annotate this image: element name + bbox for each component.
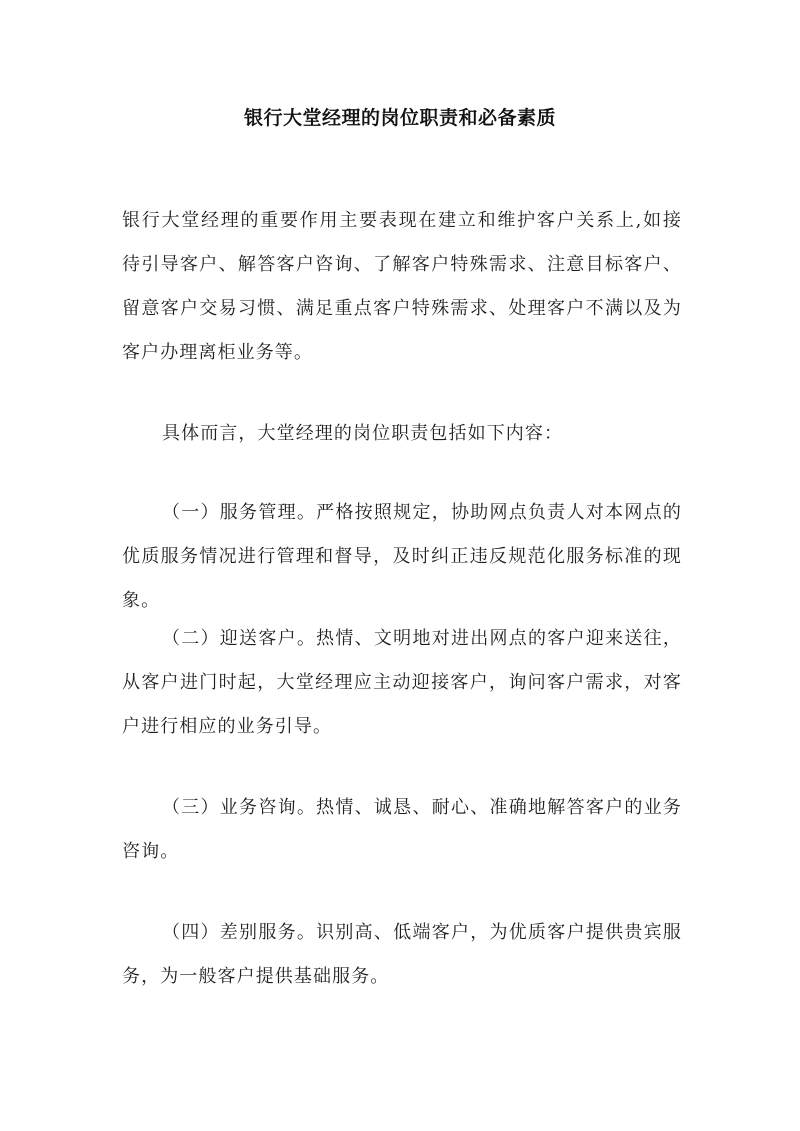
document-title: 银行大堂经理的岗位职责和必备素质 (0, 104, 800, 132)
paragraph-duty-differentiated-service: （四）差别服务。识别高、低端客户，为优质客户提供贵宾服务，为一般客户提供基础服务… (122, 911, 682, 999)
paragraph-duty-service-management: （一）服务管理。严格按照规定，协助网点负责人对本网点的优质服务情况进行管理和督导… (122, 491, 682, 623)
paragraph-intro: 银行大堂经理的重要作用主要表现在建立和维护客户关系上,如接待引导客户、解答客户咨… (122, 199, 682, 375)
paragraph-duty-greeting-customers: （二）迎送客户。热情、文明地对进出网点的客户迎来送往，从客户进门时起，大堂经理应… (122, 617, 682, 749)
document-page: 银行大堂经理的岗位职责和必备素质 银行大堂经理的重要作用主要表现在建立和维护客户… (0, 0, 800, 1131)
paragraph-duty-business-consulting: （三）业务咨询。热情、诚恳、耐心、准确地解答客户的业务咨询。 (122, 786, 682, 874)
paragraph-duties-lead: 具体而言，大堂经理的岗位职责包括如下内容： (122, 412, 682, 456)
